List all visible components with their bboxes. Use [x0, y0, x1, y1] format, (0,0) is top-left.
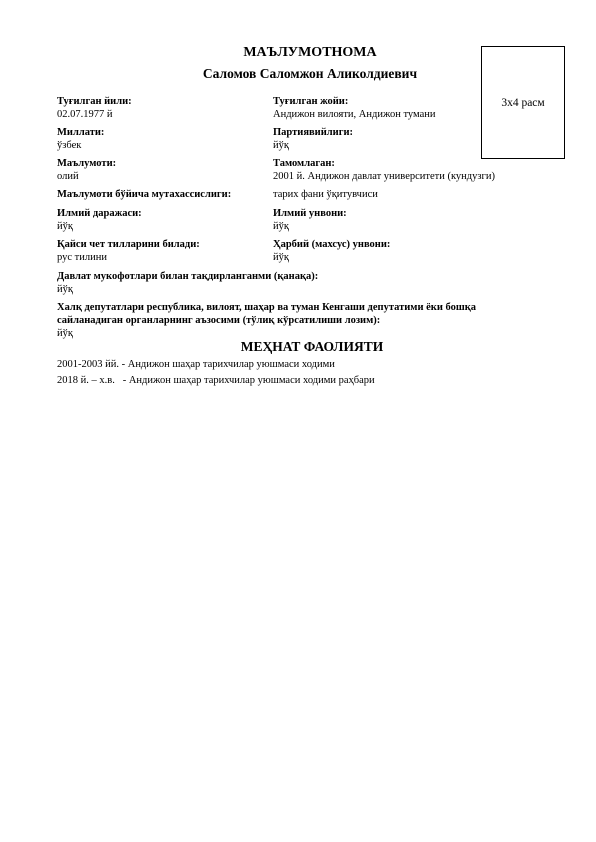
field-label: Миллати: — [57, 126, 104, 139]
field-deputy: Халқ депутатлари республика, вилоят, шаҳ… — [57, 301, 517, 340]
field-education: Маълумоти: олий — [57, 157, 116, 183]
field-value: Андижон вилояти, Андижон тумани — [273, 108, 436, 121]
work-entry: 2001-2003 йй. - Андижон шаҳар тарихчилар… — [57, 359, 335, 370]
field-label: Давлат мукофотлари билан тақдирланганми … — [57, 270, 517, 283]
field-label: Халқ депутатлари республика, вилоят, шаҳ… — [57, 301, 517, 327]
field-label: Маълумоти: — [57, 157, 116, 170]
photo-placeholder-label: 3х4 расм — [482, 97, 564, 109]
field-specialty-label: Маълумоти бўйича мутахассислиги: — [57, 188, 231, 201]
field-label: Туғилган йили: — [57, 95, 132, 108]
work-section-title: МЕҲНАТ ФАОЛИЯТИ — [0, 339, 596, 355]
field-value: йўқ — [57, 283, 517, 296]
field-value: рус тилини — [57, 251, 200, 264]
field-value: ўзбек — [57, 139, 104, 152]
field-military-rank: Ҳарбий (махсус) унвони: йўқ — [273, 238, 390, 264]
field-value: йўқ — [273, 139, 353, 152]
field-value: йўқ — [57, 220, 142, 233]
field-value: 2001 й. Андижон давлат университети (кун… — [273, 170, 495, 183]
photo-placeholder-box: 3х4 расм — [481, 46, 565, 159]
field-birth-place: Туғилган жойи: Андижон вилояти, Андижон … — [273, 95, 436, 121]
field-awards: Давлат мукофотлари билан тақдирланганми … — [57, 270, 517, 296]
field-value: йўқ — [273, 220, 347, 233]
field-academic-title: Илмий унвони: йўқ — [273, 207, 347, 233]
field-value: тарих фани ўқитувчиси — [273, 188, 378, 201]
field-value: олий — [57, 170, 116, 183]
field-label: Илмий унвони: — [273, 207, 347, 220]
field-label: Партиявийлиги: — [273, 126, 353, 139]
field-label: Тамомлаган: — [273, 157, 495, 170]
field-label: Маълумоти бўйича мутахассислиги: — [57, 188, 231, 201]
field-nationality: Миллати: ўзбек — [57, 126, 104, 152]
field-specialty-value: тарих фани ўқитувчиси — [273, 188, 378, 201]
field-label: Қайси чет тилларини билади: — [57, 238, 200, 251]
field-label: Туғилган жойи: — [273, 95, 436, 108]
field-label: Илмий даражаси: — [57, 207, 142, 220]
field-label: Ҳарбий (махсус) унвони: — [273, 238, 390, 251]
field-languages: Қайси чет тилларини билади: рус тилини — [57, 238, 200, 264]
field-value: йўқ — [273, 251, 390, 264]
field-graduated: Тамомлаган: 2001 й. Андижон давлат униве… — [273, 157, 495, 183]
field-birth-year: Туғилган йили: 02.07.1977 й — [57, 95, 132, 121]
field-party: Партиявийлиги: йўқ — [273, 126, 353, 152]
field-value: 02.07.1977 й — [57, 108, 132, 121]
field-degree: Илмий даражаси: йўқ — [57, 207, 142, 233]
work-entry: 2018 й. – х.в. - Андижон шаҳар тарихчила… — [57, 375, 375, 386]
